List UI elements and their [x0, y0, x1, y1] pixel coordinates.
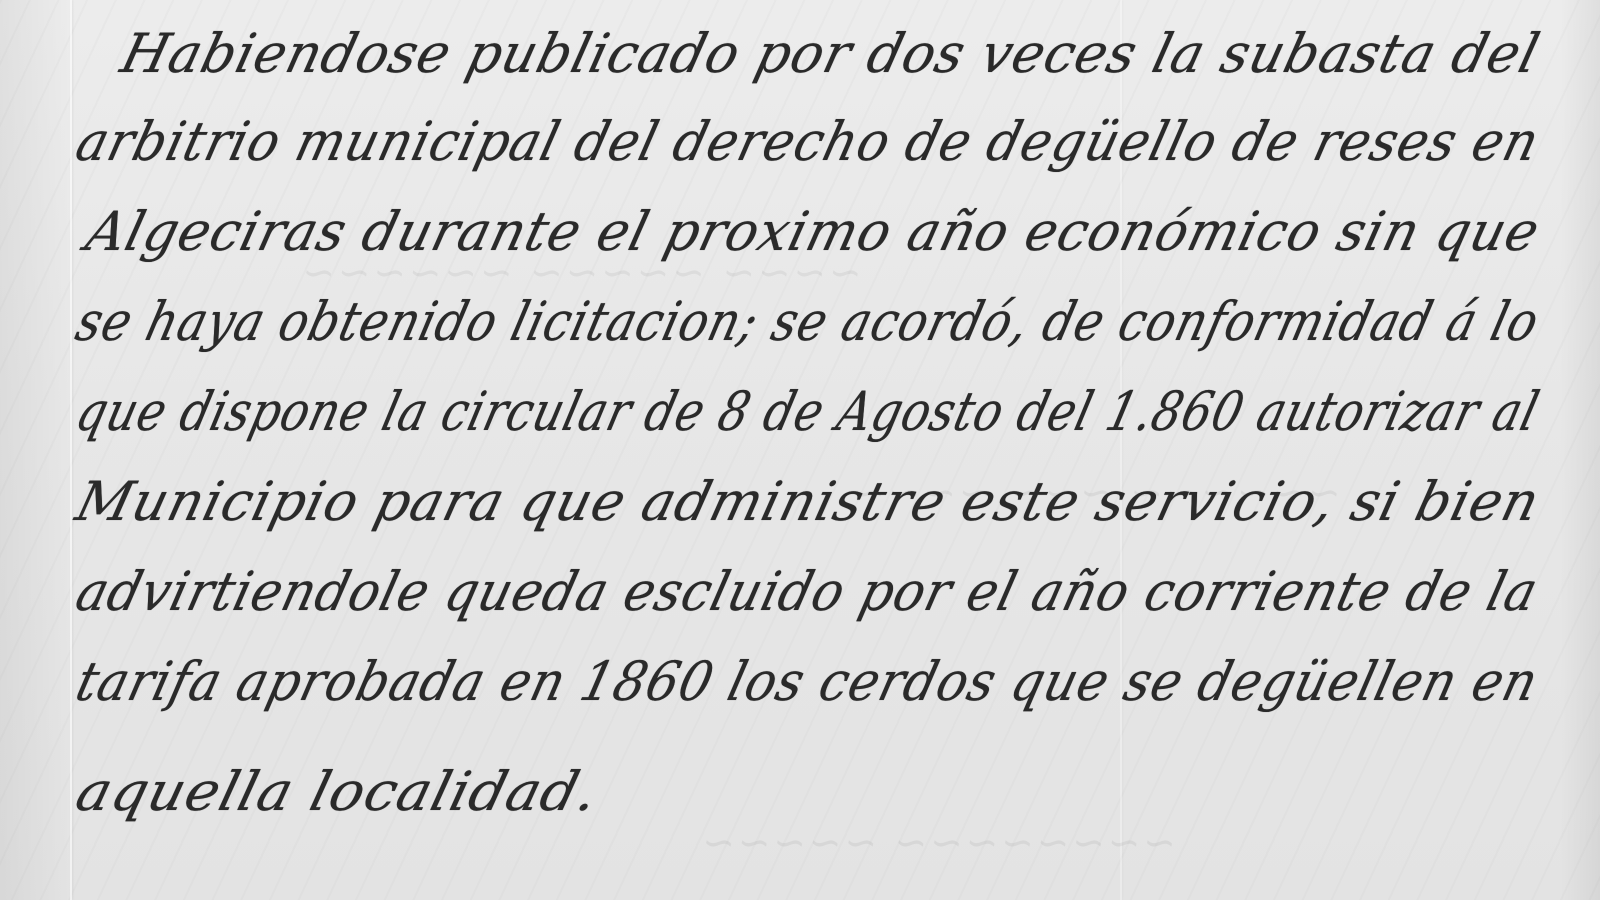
text-line-7: advirtiendole queda escluido por el año …	[70, 560, 1545, 623]
text-line-9: aquella localidad.	[70, 760, 605, 823]
text-line-2: arbitrio municipal del derecho de degüel…	[70, 110, 1546, 173]
text-line-3: Algeciras durante el proximo año económi…	[80, 200, 1546, 263]
text-line-5: que dispone la circular de 8 de Agosto d…	[70, 380, 1546, 443]
manuscript-page: ~~~~ ~~~~~ ~~~~~~ ~~~~~~ ~~~ ~~~~ ~~~~~~…	[0, 0, 1600, 900]
text-line-4: se haya obtenido licitacion; se acordó, …	[70, 290, 1546, 353]
text-line-6: Municipio para que administre este servi…	[70, 470, 1546, 533]
page-fold-left	[70, 0, 72, 900]
text-line-8: tarifa aprobada en 1860 los cerdos que s…	[70, 650, 1545, 713]
bleed-through-text: ~~~~~~~~ ~~~~~	[695, 820, 1181, 866]
text-line-1: Habiendose publicado por dos veces la su…	[115, 22, 1546, 85]
